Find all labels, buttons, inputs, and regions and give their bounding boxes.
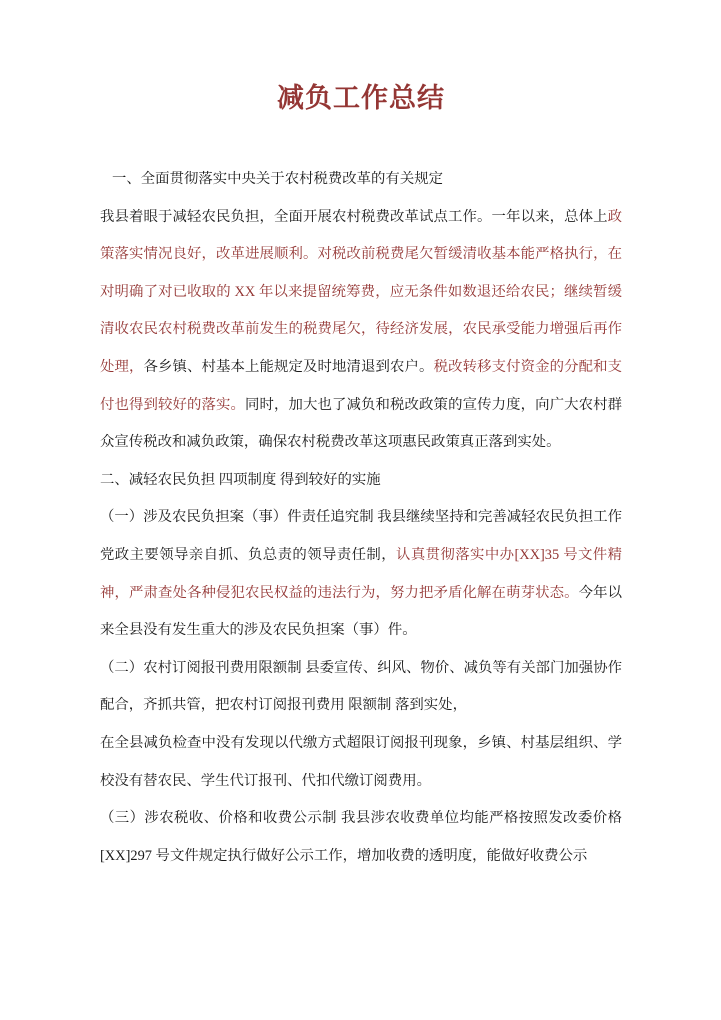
text-run: 在全县减负检查中没有发现以代缴方式超限订阅报刊现象，乡镇、村基层组织、学校没有替… — [100, 735, 622, 789]
document-body: 一、全面贯彻落实中央关于农村税费改革的有关规定我县着眼于减轻农民负担，全面开展农… — [100, 161, 622, 875]
text-run: 一、全面贯彻落实中央关于农村税费改革的有关规定 — [112, 171, 443, 187]
paragraph-3: （二）农村订阅报刊费用限额制 县委宣传、纠风、物价、减负等有关部门加强协作配合，… — [100, 650, 622, 725]
text-run: 政策落实情况良好，改革进展顺利。对税改前税费尾欠暂缓清收基本能严格执行，在对明确… — [100, 209, 622, 375]
text-run: （二）农村订阅报刊费用限额制 县委宣传、纠风、物价、减负等有关部门加强协作配合，… — [100, 660, 622, 714]
text-run: （三）涉农税收、价格和收费公示制 我县涉农收费单位均能严格按照发改委价格[XX]… — [100, 810, 622, 864]
heading-section-1: 一、全面贯彻落实中央关于农村税费改革的有关规定 — [100, 161, 622, 199]
text-run: 各乡镇、村基本上能规定及时地清退到农户。 — [144, 359, 434, 375]
document-page: 减负工作总结 一、全面贯彻落实中央关于农村税费改革的有关规定我县着眼于减轻农民负… — [0, 0, 721, 1020]
paragraph-1: 我县着眼于减轻农民负担，全面开展农村税费改革试点工作。一年以来，总体上政策落实情… — [100, 199, 622, 462]
paragraph-2: （一）涉及农民负担案（事）件责任追究制 我县继续坚持和完善减轻农民负担工作党政主… — [100, 499, 622, 649]
document-title: 减负工作总结 — [100, 76, 622, 120]
text-run: 我县着眼于减轻农民负担，全面开展农村税费改革试点工作。一年以来，总体上 — [100, 209, 608, 225]
paragraph-4: 在全县减负检查中没有发现以代缴方式超限订阅报刊现象，乡镇、村基层组织、学校没有替… — [100, 725, 622, 800]
heading-section-2: 二、减轻农民负担 四项制度 得到较好的实施 — [100, 462, 622, 500]
paragraph-5: （三）涉农税收、价格和收费公示制 我县涉农收费单位均能严格按照发改委价格[XX]… — [100, 800, 622, 875]
text-run: 二、减轻农民负担 四项制度 得到较好的实施 — [100, 472, 381, 488]
